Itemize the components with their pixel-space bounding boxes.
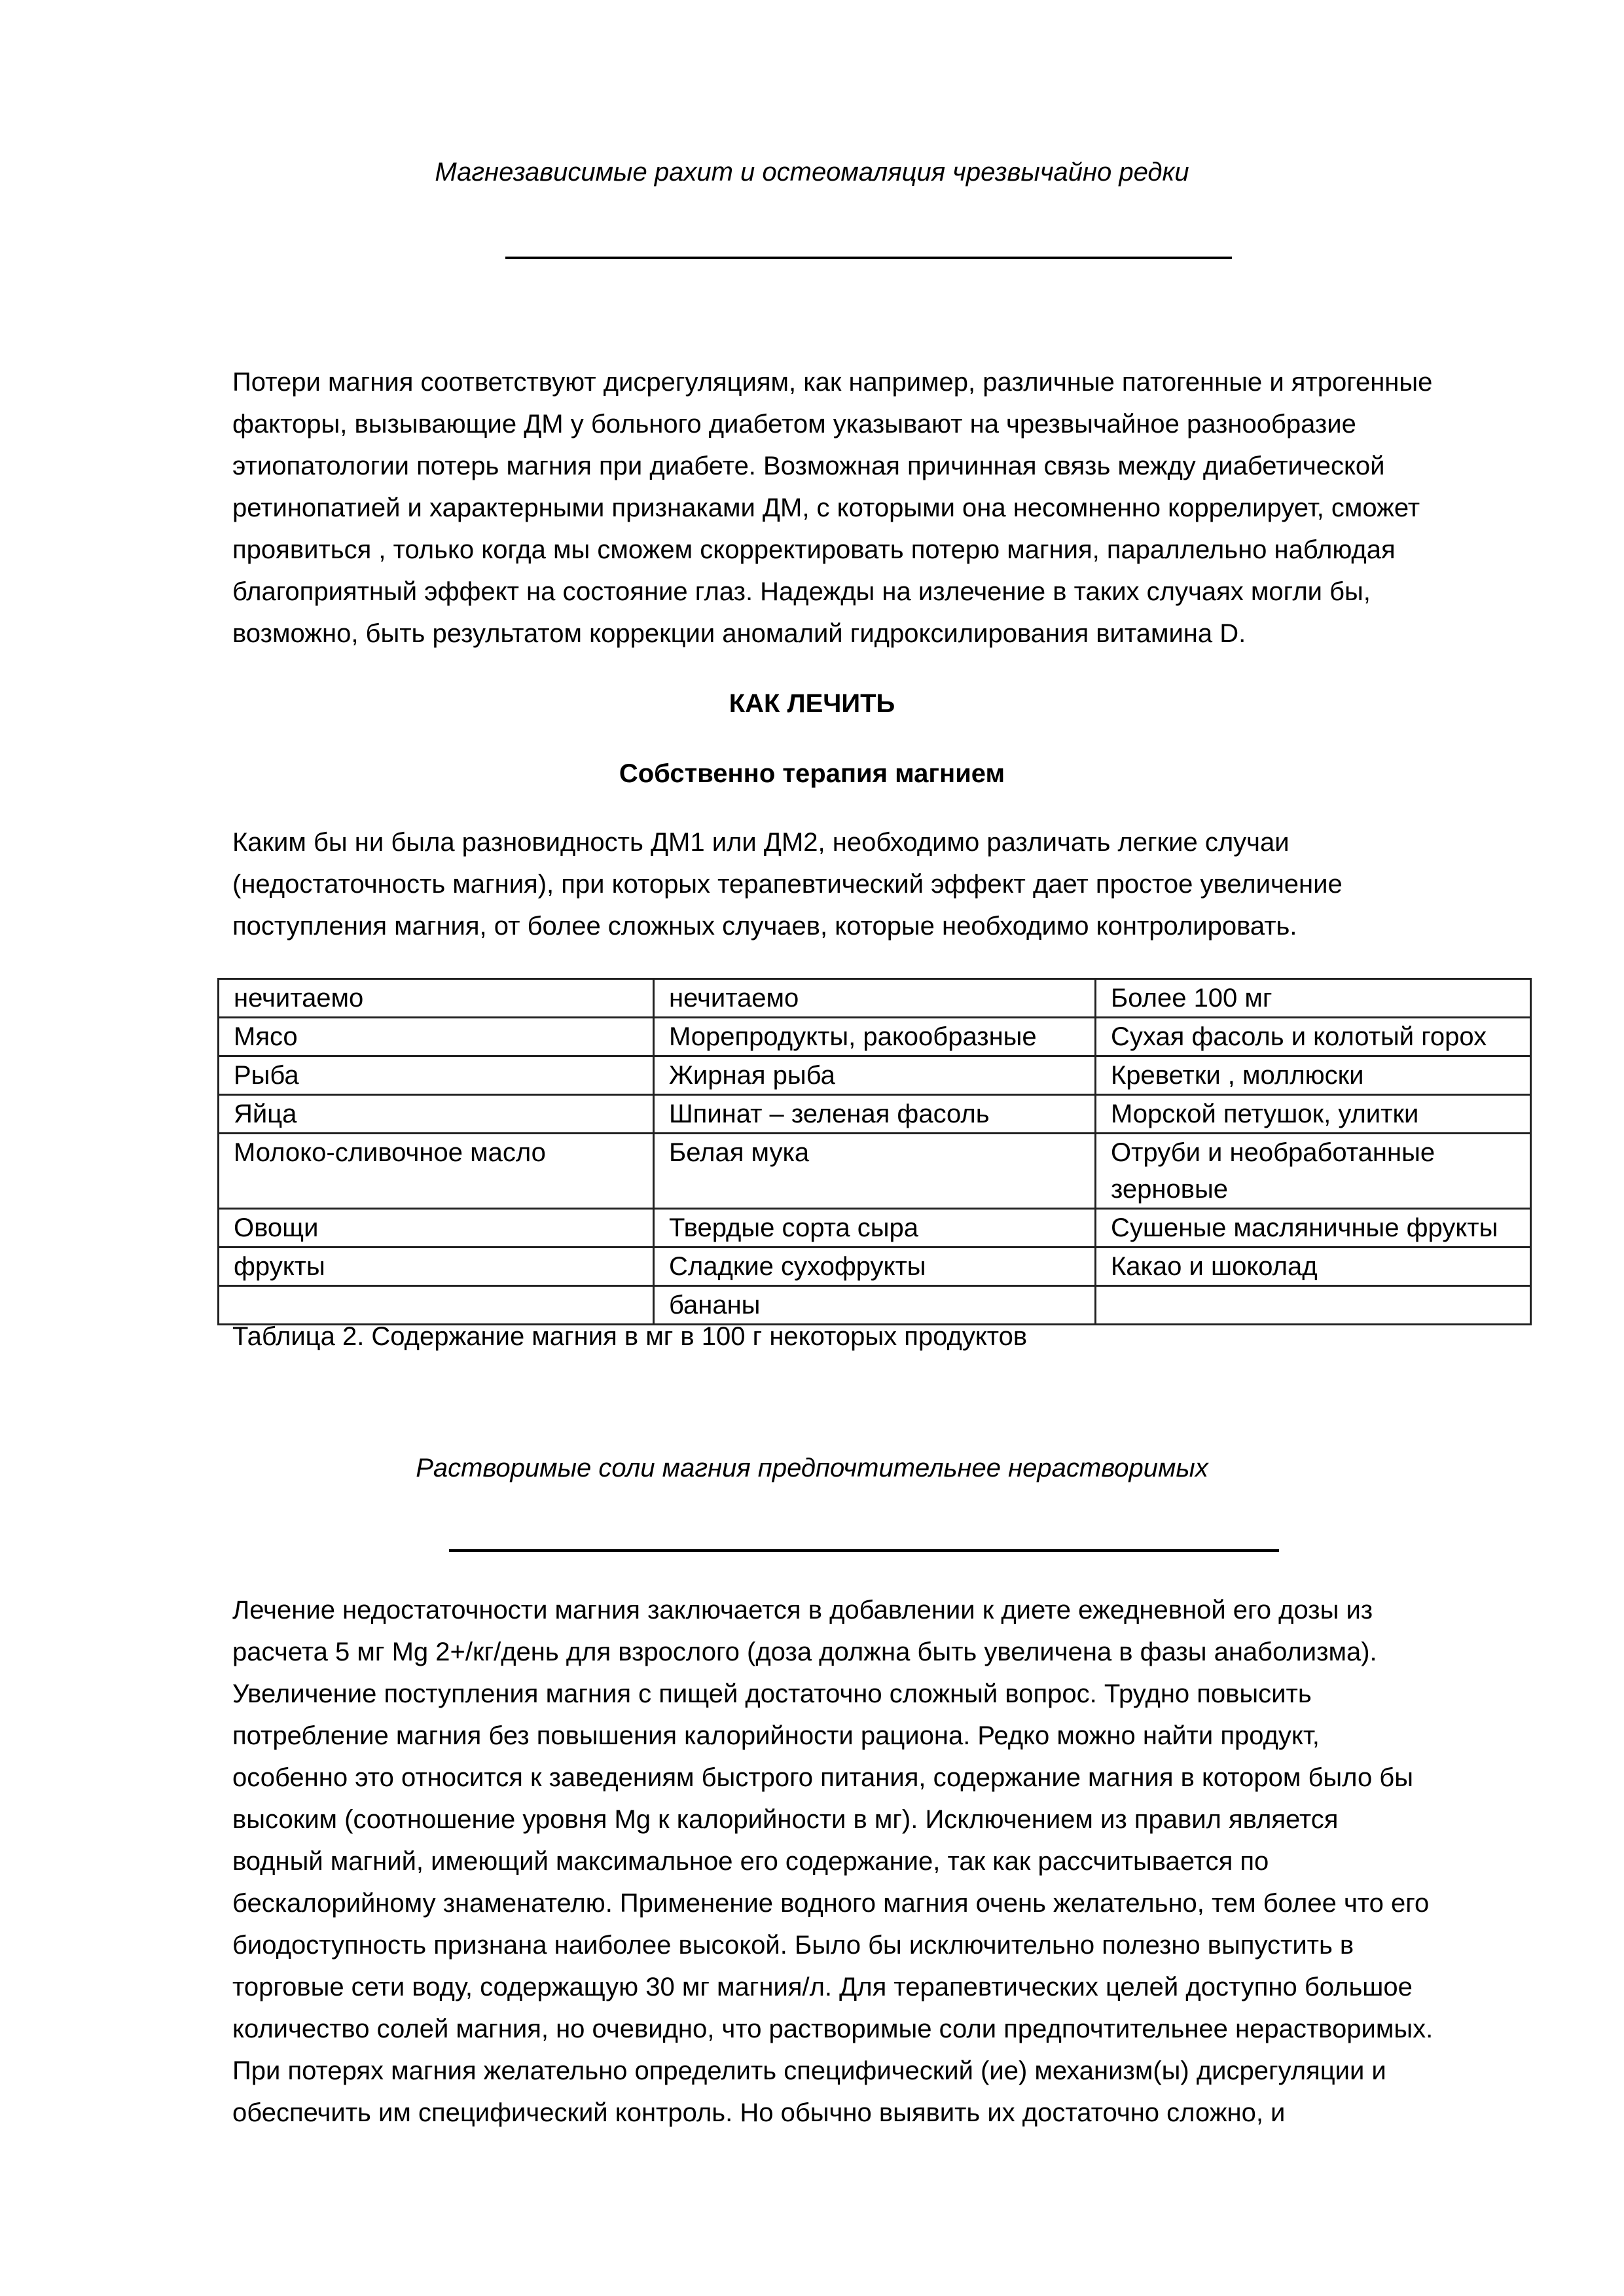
paragraph-line: Потери магния соответствуют дисрегуляция… — [232, 361, 1515, 403]
table-cell: Шпинат – зеленая фасоль — [654, 1095, 1096, 1134]
magnesium-food-table: нечитаемонечитаемоБолее 100 мгМясоМорепр… — [217, 978, 1532, 1325]
table-row: МясоМорепродукты, ракообразныеСухая фасо… — [219, 1018, 1531, 1056]
paragraph-2: Каким бы ни была разновидность ДМ1 или Д… — [232, 821, 1515, 947]
paragraph-line: этиопатологии потерь магния при диабете.… — [232, 445, 1515, 487]
cell-text: Сладкие сухофрукты — [669, 1248, 1080, 1285]
table-cell: Морской петушок, улитки — [1096, 1095, 1531, 1134]
table-cell: Рыба — [219, 1056, 654, 1095]
table-caption: Таблица 2. Содержание магния в мг в 100 … — [232, 1318, 1027, 1355]
cell-text: Белая мука — [669, 1134, 1080, 1171]
cell-text: Овощи — [234, 1210, 638, 1246]
cell-text: зерновые — [1111, 1171, 1515, 1208]
paragraph-line: поступления магния, от более сложных слу… — [232, 905, 1515, 947]
paragraph-line: Увеличение поступления магния с пищей до… — [232, 1673, 1515, 1715]
cell-text: Шпинат – зеленая фасоль — [669, 1096, 1080, 1132]
subsection-heading: Собственно терапия магнием — [0, 757, 1624, 790]
italic-heading-top: Магнезависимые рахит и остеомаляция чрез… — [0, 156, 1624, 188]
table-row: ЯйцаШпинат – зеленая фасольМорской петуш… — [219, 1095, 1531, 1134]
paragraph-line: водный магний, имеющий максимальное его … — [232, 1840, 1515, 1882]
table-cell: Какао и шоколад — [1096, 1247, 1531, 1286]
paragraph-line: Каким бы ни была разновидность ДМ1 или Д… — [232, 821, 1515, 863]
paragraph-3: Лечение недостаточности магния заключает… — [232, 1589, 1515, 2134]
table-cell: Мясо — [219, 1018, 654, 1056]
paragraph-line: особенно это относится к заведениям быст… — [232, 1757, 1515, 1799]
section-heading: КАК ЛЕЧИТЬ — [0, 687, 1624, 720]
table-cell: Сухая фасоль и колотый горох — [1096, 1018, 1531, 1056]
table-cell: фрукты — [219, 1247, 654, 1286]
table-row: фруктыСладкие сухофруктыКакао и шоколад — [219, 1247, 1531, 1286]
cell-text: Твердые сорта сыра — [669, 1210, 1080, 1246]
table-cell: Белая мука — [654, 1134, 1096, 1209]
cell-text: Рыба — [234, 1057, 638, 1094]
cell-text: Морской петушок, улитки — [1111, 1096, 1515, 1132]
cell-text: Морепродукты, ракообразные — [669, 1018, 1080, 1055]
paragraph-line: торговые сети воду, содержащую 30 мг маг… — [232, 1966, 1515, 2008]
paragraph-line: бескалорийному знаменателю. Применение в… — [232, 1882, 1515, 1924]
paragraph-line: биодоступность признана наиболее высокой… — [232, 1924, 1515, 1966]
paragraph-line: благоприятный эффект на состояние глаз. … — [232, 571, 1515, 613]
cell-text: фрукты — [234, 1248, 638, 1285]
cell-text: Жирная рыба — [669, 1057, 1080, 1094]
table-row: ОвощиТвердые сорта сыраСушеные масляничн… — [219, 1209, 1531, 1247]
cell-text: Сухая фасоль и колотый горох — [1111, 1018, 1515, 1055]
cell-text: нечитаемо — [669, 980, 1080, 1016]
cell-text: Креветки , моллюски — [1111, 1057, 1515, 1094]
table-cell: нечитаемо — [219, 979, 654, 1018]
table-cell: Овощи — [219, 1209, 654, 1247]
paragraph-line: обеспечить им специфический контроль. Но… — [232, 2092, 1515, 2134]
table-cell: Сушеные масляничные фрукты — [1096, 1209, 1531, 1247]
table-row: нечитаемонечитаемоБолее 100 мг — [219, 979, 1531, 1018]
cell-text: Яйца — [234, 1096, 638, 1132]
paragraph-line: количество солей магния, но очевидно, чт… — [232, 2008, 1515, 2050]
table-cell: Твердые сорта сыра — [654, 1209, 1096, 1247]
document-page: Магнезависимые рахит и остеомаляция чрез… — [0, 0, 1624, 2296]
cell-text: Молоко-сливочное масло — [234, 1134, 638, 1171]
table-cell: Морепродукты, ракообразные — [654, 1018, 1096, 1056]
paragraph-line: высоким (соотношение уровня Mg к калорий… — [232, 1799, 1515, 1840]
italic-heading-middle: Растворимые соли магния предпочтительнее… — [0, 1452, 1624, 1484]
cell-text: нечитаемо — [234, 980, 638, 1016]
table-cell: Яйца — [219, 1095, 654, 1134]
paragraph-line: факторы, вызывающие ДМ у больного диабет… — [232, 403, 1515, 445]
table-cell: Более 100 мг — [1096, 979, 1531, 1018]
paragraph-line: Лечение недостаточности магния заключает… — [232, 1589, 1515, 1631]
paragraph-line: расчета 5 мг Mg 2+/кг/день для взрослого… — [232, 1631, 1515, 1673]
paragraph-1: Потери магния соответствуют дисрегуляция… — [232, 361, 1515, 655]
table-cell: Жирная рыба — [654, 1056, 1096, 1095]
table-row: Молоко-сливочное маслоБелая мукаОтруби и… — [219, 1134, 1531, 1209]
table-row: РыбаЖирная рыбаКреветки , моллюски — [219, 1056, 1531, 1095]
table-cell: Молоко-сливочное масло — [219, 1134, 654, 1209]
table-cell: Сладкие сухофрукты — [654, 1247, 1096, 1286]
cell-text: Сушеные масляничные фрукты — [1111, 1210, 1515, 1246]
cell-text: Более 100 мг — [1111, 980, 1515, 1016]
paragraph-line: При потерях магния желательно определить… — [232, 2050, 1515, 2092]
paragraph-line: (недостаточность магния), при которых те… — [232, 863, 1515, 905]
table-cell: Отруби и необработанныезерновые — [1096, 1134, 1531, 1209]
paragraph-line: проявиться , только когда мы сможем скор… — [232, 529, 1515, 571]
cell-text: Отруби и необработанные — [1111, 1134, 1515, 1171]
table-cell: нечитаемо — [654, 979, 1096, 1018]
table-cell: Креветки , моллюски — [1096, 1056, 1531, 1095]
paragraph-line: возможно, быть результатом коррекции ано… — [232, 613, 1515, 655]
table-cell — [1096, 1286, 1531, 1325]
divider-rule-top — [505, 257, 1232, 259]
divider-rule-middle — [449, 1549, 1279, 1552]
paragraph-line: потребление магния без повышения калорий… — [232, 1715, 1515, 1757]
cell-text: Мясо — [234, 1018, 638, 1055]
cell-text: Какао и шоколад — [1111, 1248, 1515, 1285]
paragraph-line: ретинопатией и характерными признаками Д… — [232, 487, 1515, 529]
